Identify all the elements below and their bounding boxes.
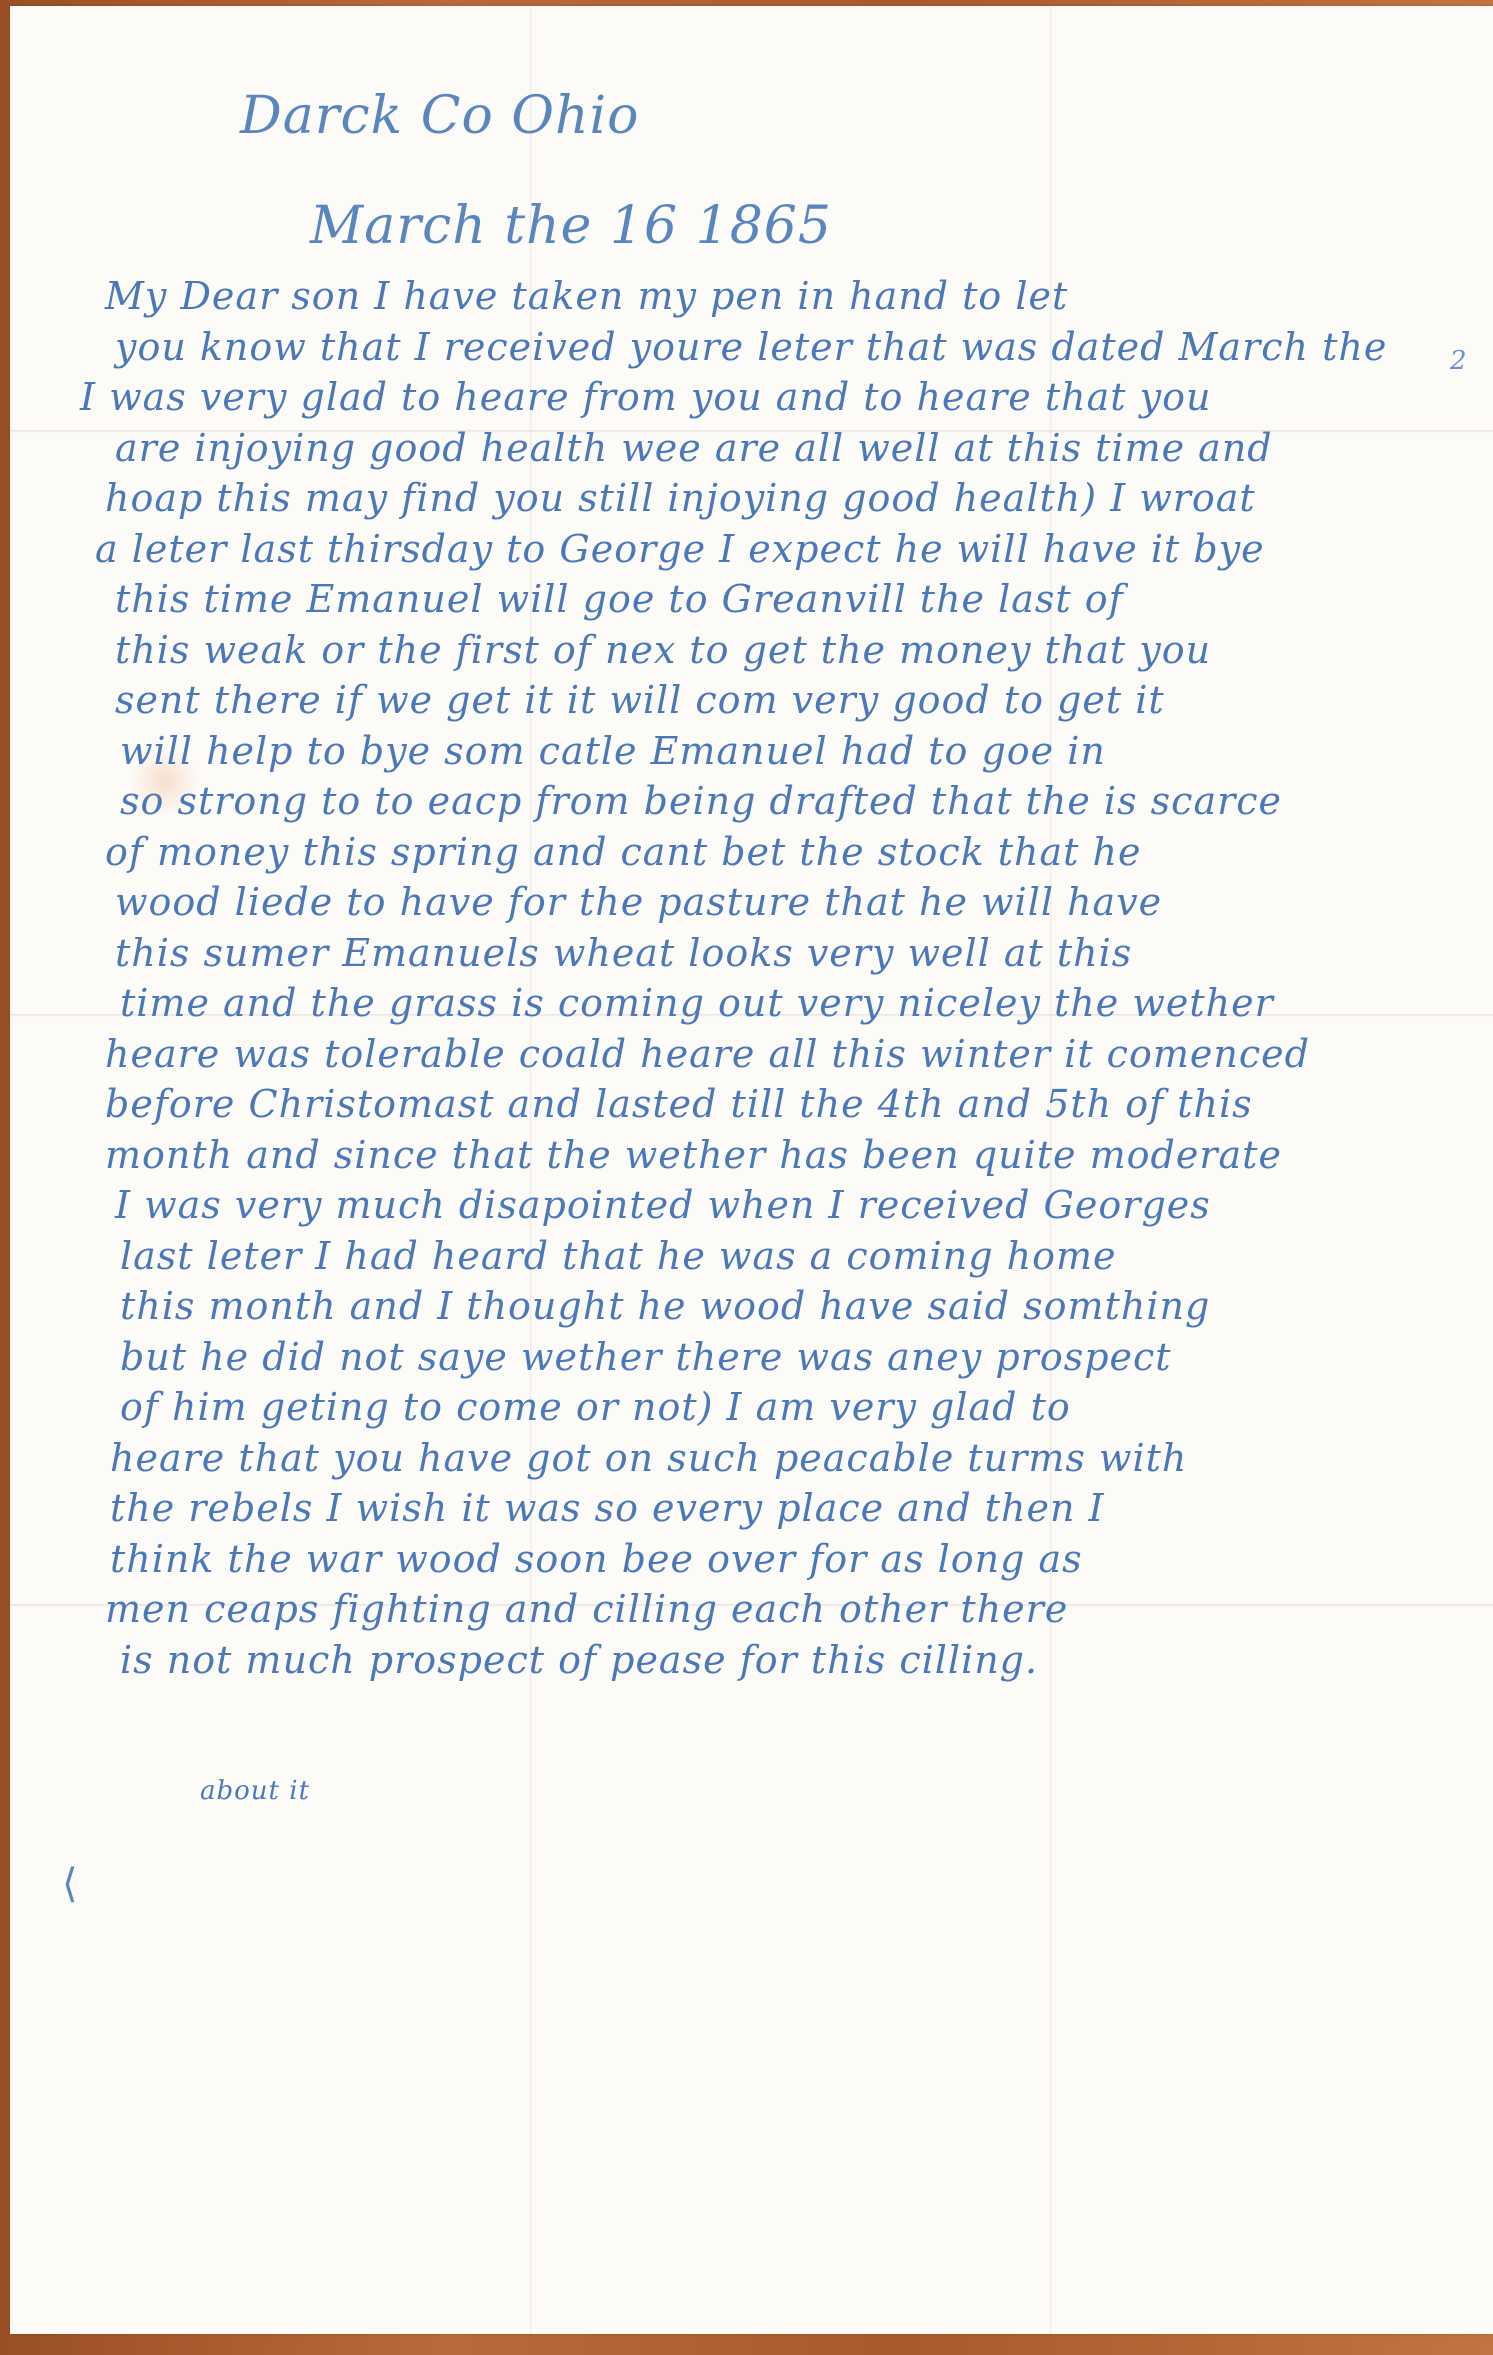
letter-line: before Christomast and lasted till the 4… (105, 1082, 1253, 1126)
letter-line: the rebels I wish it was so every place … (110, 1486, 1105, 1530)
letter-line: men ceaps fighting and cilling each othe… (105, 1587, 1068, 1631)
letter-line: you know that I received youre leter tha… (115, 325, 1387, 369)
letter-line: hoap this may find you still injoying go… (105, 476, 1256, 520)
letter-line: month and since that the wether has been… (105, 1133, 1282, 1177)
letter-line: think the war wood soon bee over for as … (110, 1537, 1083, 1581)
letter-line: heare that you have got on such peacable… (110, 1436, 1187, 1480)
letter-line: a leter last thirsday to George I expect… (95, 527, 1265, 571)
letter-line: last leter I had heard that he was a com… (120, 1234, 1117, 1278)
letter-line: I was very glad to heare from you and to… (80, 375, 1211, 419)
letter-line: this time Emanuel will goe to Greanvill … (115, 577, 1124, 621)
letter-line: this weak or the first of nex to get the… (115, 628, 1211, 672)
letter-line: I was very much disapointed when I recei… (115, 1183, 1211, 1227)
letter-line: this month and I thought he wood have sa… (120, 1284, 1210, 1328)
letter-line: this sumer Emanuels wheat looks very wel… (115, 931, 1132, 975)
margin-mark: ⟨ (62, 1861, 78, 1907)
letter-place: Darck Co Ohio (240, 86, 639, 146)
letter-line: sent there if we get it it will com very… (115, 678, 1165, 722)
margin-insert: about it (200, 1776, 310, 1806)
letter-line: of him geting to come or not) I am very … (120, 1385, 1071, 1429)
letter-line: is not much prospect of pease for this c… (120, 1638, 1038, 1682)
letter-line: time and the grass is coming out very ni… (120, 981, 1274, 1025)
letter-line: but he did not saye wether there was ane… (120, 1335, 1172, 1379)
letter-line: so strong to to eacp from being drafted … (120, 779, 1282, 823)
letter-line: of money this spring and cant bet the st… (105, 830, 1141, 874)
letter-line: are injoying good health wee are all wel… (115, 426, 1273, 470)
letter-page: Darck Co Ohio March the 16 1865 2 My Dea… (10, 6, 1493, 2334)
letter-date: March the 16 1865 (310, 196, 832, 256)
letter-line: My Dear son I have taken my pen in hand … (105, 274, 1068, 318)
letter-line: will help to bye som catle Emanuel had t… (120, 729, 1106, 773)
page-number-mark: 2 (1450, 346, 1467, 376)
letter-line: wood liede to have for the pasture that … (115, 880, 1162, 924)
letter-line: heare was tolerable coald heare all this… (105, 1032, 1310, 1076)
